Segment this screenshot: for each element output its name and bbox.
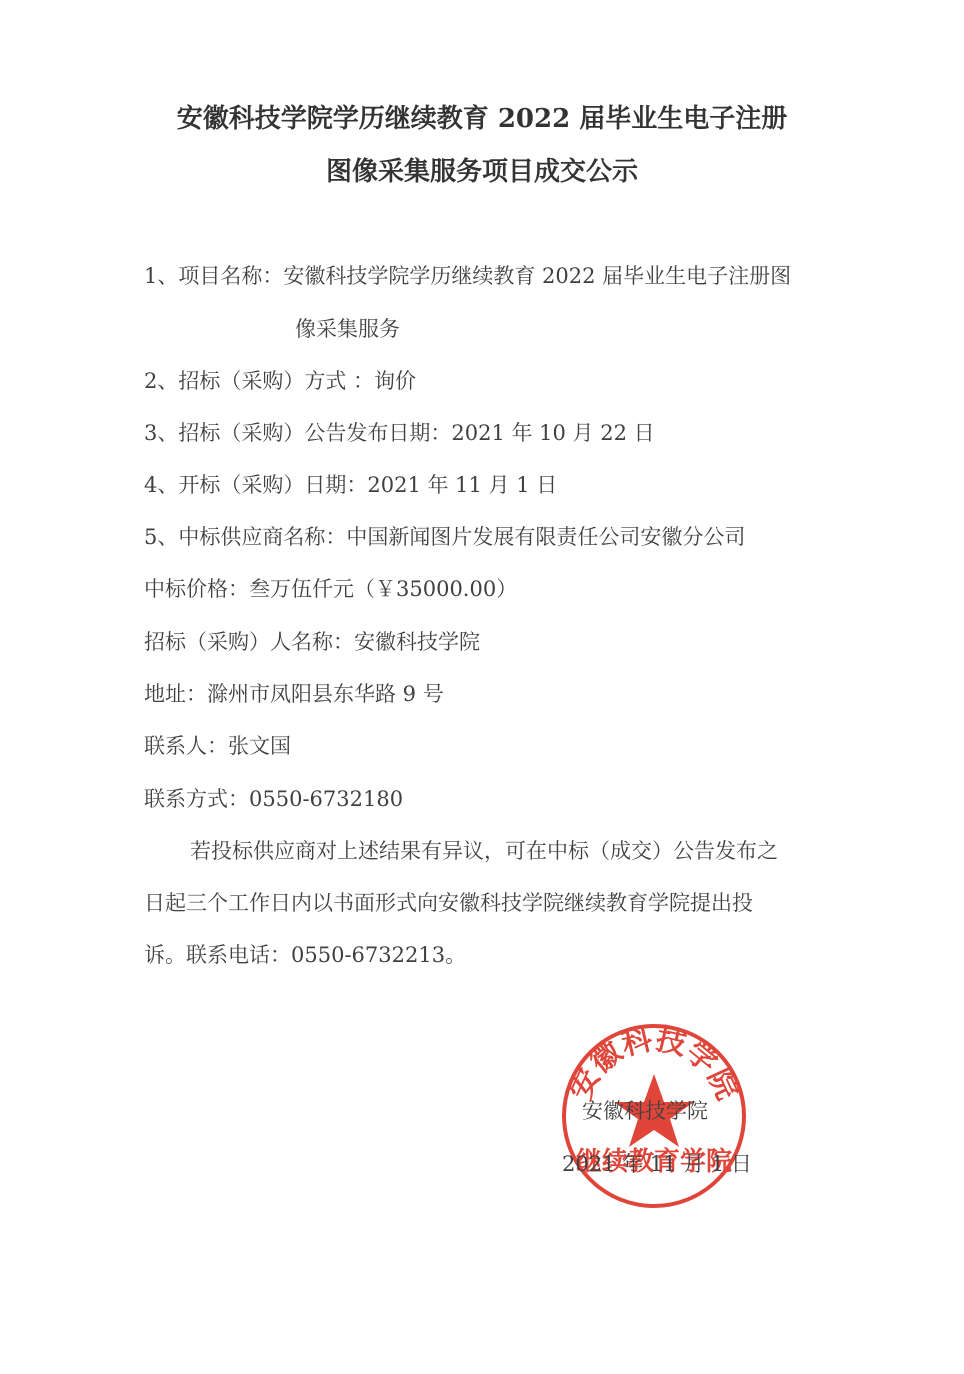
item-contact: 联系人：张文国 [144,730,291,760]
item-project-name-cont: 像采集服务 [295,313,400,343]
notice-line-1: 若投标供应商对上述结果有异议，可在中标（成交）公告发布之 [190,835,778,865]
signature-org: 安徽科技学院 [582,1095,708,1125]
item-supplier: 5、中标供应商名称：中国新闻图片发展有限责任公司安徽分公司 [144,521,745,551]
item-procurement-method: 2、招标（采购）方式 ：询价 [144,365,416,395]
item-project-name: 1、项目名称：安徽科技学院学历继续教育 2022 届毕业生电子注册图 [144,260,791,290]
title-line-1: 安徽科技学院学历继续教育 2022 届毕业生电子注册 [0,98,964,135]
item-announce-date: 3、招标（采购）公告发布日期：2021 年 10 月 22 日 [144,417,655,447]
item-address: 地址：滁州市凤阳县东华路 9 号 [144,678,444,708]
item-price: 中标价格：叁万伍仟元（￥35000.00） [144,573,517,603]
item-open-date: 4、开标（采购）日期：2021 年 11 月 1 日 [144,469,557,499]
notice-line-2: 日起三个工作日内以书面形式向安徽科技学院继续教育学院提出投 [144,887,753,917]
item-purchaser: 招标（采购）人名称：安徽科技学院 [144,626,480,656]
item-contact-phone: 联系方式：0550-6732180 [144,783,403,813]
notice-line-3: 诉。联系电话：0550-6732213。 [144,939,466,969]
title-line-2: 图像采集服务项目成交公示 [0,151,964,188]
signature-date: 2021 年 11 月 1 日 [562,1148,752,1178]
